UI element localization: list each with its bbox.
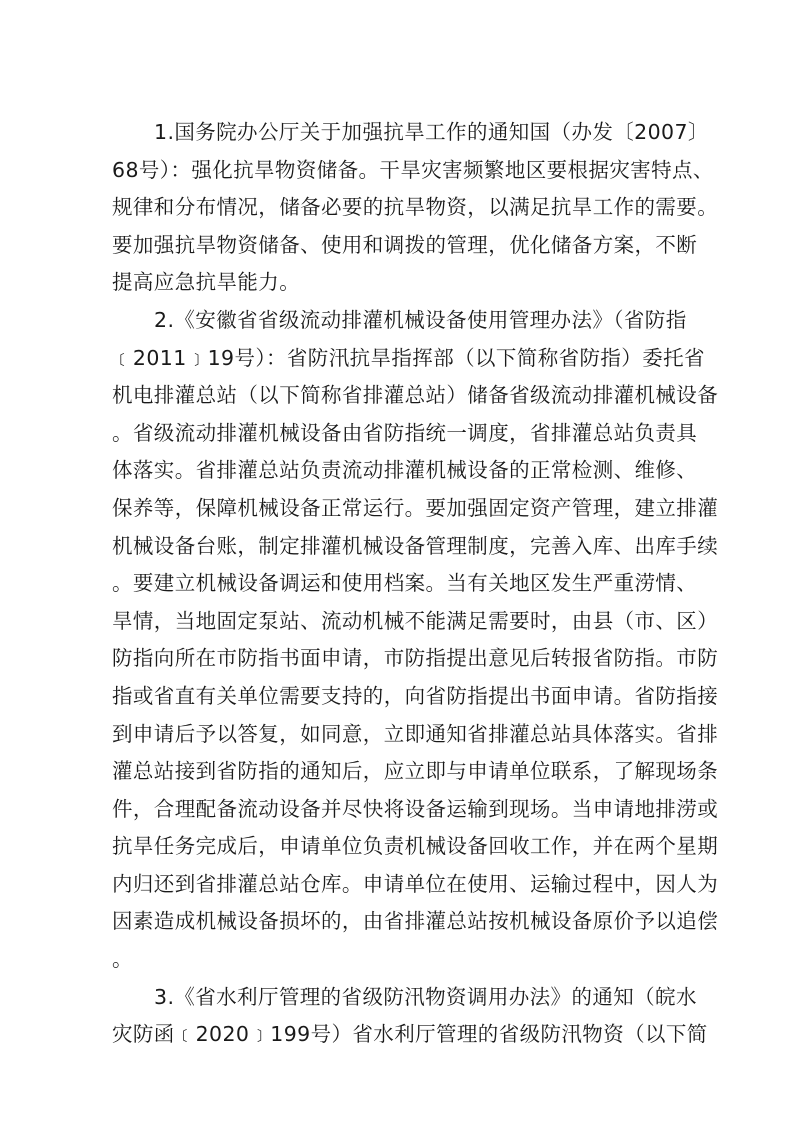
text-line: 保养等，保障机械设备正常运行。要加强固定资产管理，建立排灌 — [112, 490, 712, 528]
text-line: 2.《安徽省省级流动排灌机械设备使用管理办法》（省防指 — [112, 302, 712, 340]
text-line: 3.《省水利厅管理的省级防汛物资调用办法》的通知（皖水 — [112, 979, 712, 1017]
text-line: 内归还到省排灌总站仓库。申请单位在使用、运输过程中，因人为 — [112, 866, 712, 904]
text-line: 68号）：强化抗旱物资储备。干旱灾害频繁地区要根据灾害特点、 — [112, 152, 712, 190]
text-line: 件，合理配备流动设备并尽快将设备运输到现场。当申请地排涝或 — [112, 791, 712, 829]
text-line: 要加强抗旱物资储备、使用和调拨的管理，优化储备方案，不断 — [112, 227, 712, 265]
text-line: 提高应急抗旱能力。 — [112, 264, 712, 302]
text-line: 灾防函﹝2020﹞199号）省水利厅管理的省级防汛物资（以下简 — [112, 1016, 712, 1054]
paragraph-3-flood-materials-rules: 3.《省水利厅管理的省级防汛物资调用办法》的通知（皖水 灾防函﹝2020﹞199… — [112, 979, 712, 1054]
text-line: 旱情，当地固定泵站、流动机械不能满足需要时，由县（市、区） — [112, 603, 712, 641]
text-line: ﹝2011﹞19号）：省防汛抗旱指挥部（以下简称省防指）委托省 — [112, 340, 712, 378]
text-line: 。要建立机械设备调运和使用档案。当有关地区发生严重涝情、 — [112, 565, 712, 603]
text-line: 。 — [112, 941, 712, 979]
text-line: 因素造成机械设备损坏的，由省排灌总站按机械设备原价予以追偿 — [112, 903, 712, 941]
text-line: 机电排灌总站（以下简称省排灌总站）储备省级流动排灌机械设备 — [112, 377, 712, 415]
text-line: 防指向所在市防指书面申请，市防指提出意见后转报省防指。市防 — [112, 640, 712, 678]
paragraph-1-state-council-notice: 1.国务院办公厅关于加强抗旱工作的通知国（办发〔2007〕 68号）：强化抗旱物… — [112, 114, 712, 302]
text-line: 。省级流动排灌机械设备由省防指统一调度，省排灌总站负责具 — [112, 415, 712, 453]
document-page: 1.国务院办公厅关于加强抗旱工作的通知国（办发〔2007〕 68号）：强化抗旱物… — [112, 114, 712, 1054]
text-line: 指或省直有关单位需要支持的，向省防指提出书面申请。省防指接 — [112, 678, 712, 716]
text-line: 规律和分布情况，储备必要的抗旱物资，以满足抗旱工作的需要。 — [112, 189, 712, 227]
text-line: 抗旱任务完成后，申请单位负责机械设备回收工作，并在两个星期 — [112, 828, 712, 866]
text-line: 机械设备台账，制定排灌机械设备管理制度，完善入库、出库手续 — [112, 528, 712, 566]
text-line: 1.国务院办公厅关于加强抗旱工作的通知国（办发〔2007〕 — [112, 114, 712, 152]
text-line: 灌总站接到省防指的通知后，应立即与申请单位联系，了解现场条 — [112, 753, 712, 791]
text-line: 体落实。省排灌总站负责流动排灌机械设备的正常检测、维修、 — [112, 452, 712, 490]
text-line: 到申请后予以答复，如同意，立即通知省排灌总站具体落实。省排 — [112, 716, 712, 754]
paragraph-2-anhui-drainage-equipment-rules: 2.《安徽省省级流动排灌机械设备使用管理办法》（省防指 ﹝2011﹞19号）：省… — [112, 302, 712, 979]
